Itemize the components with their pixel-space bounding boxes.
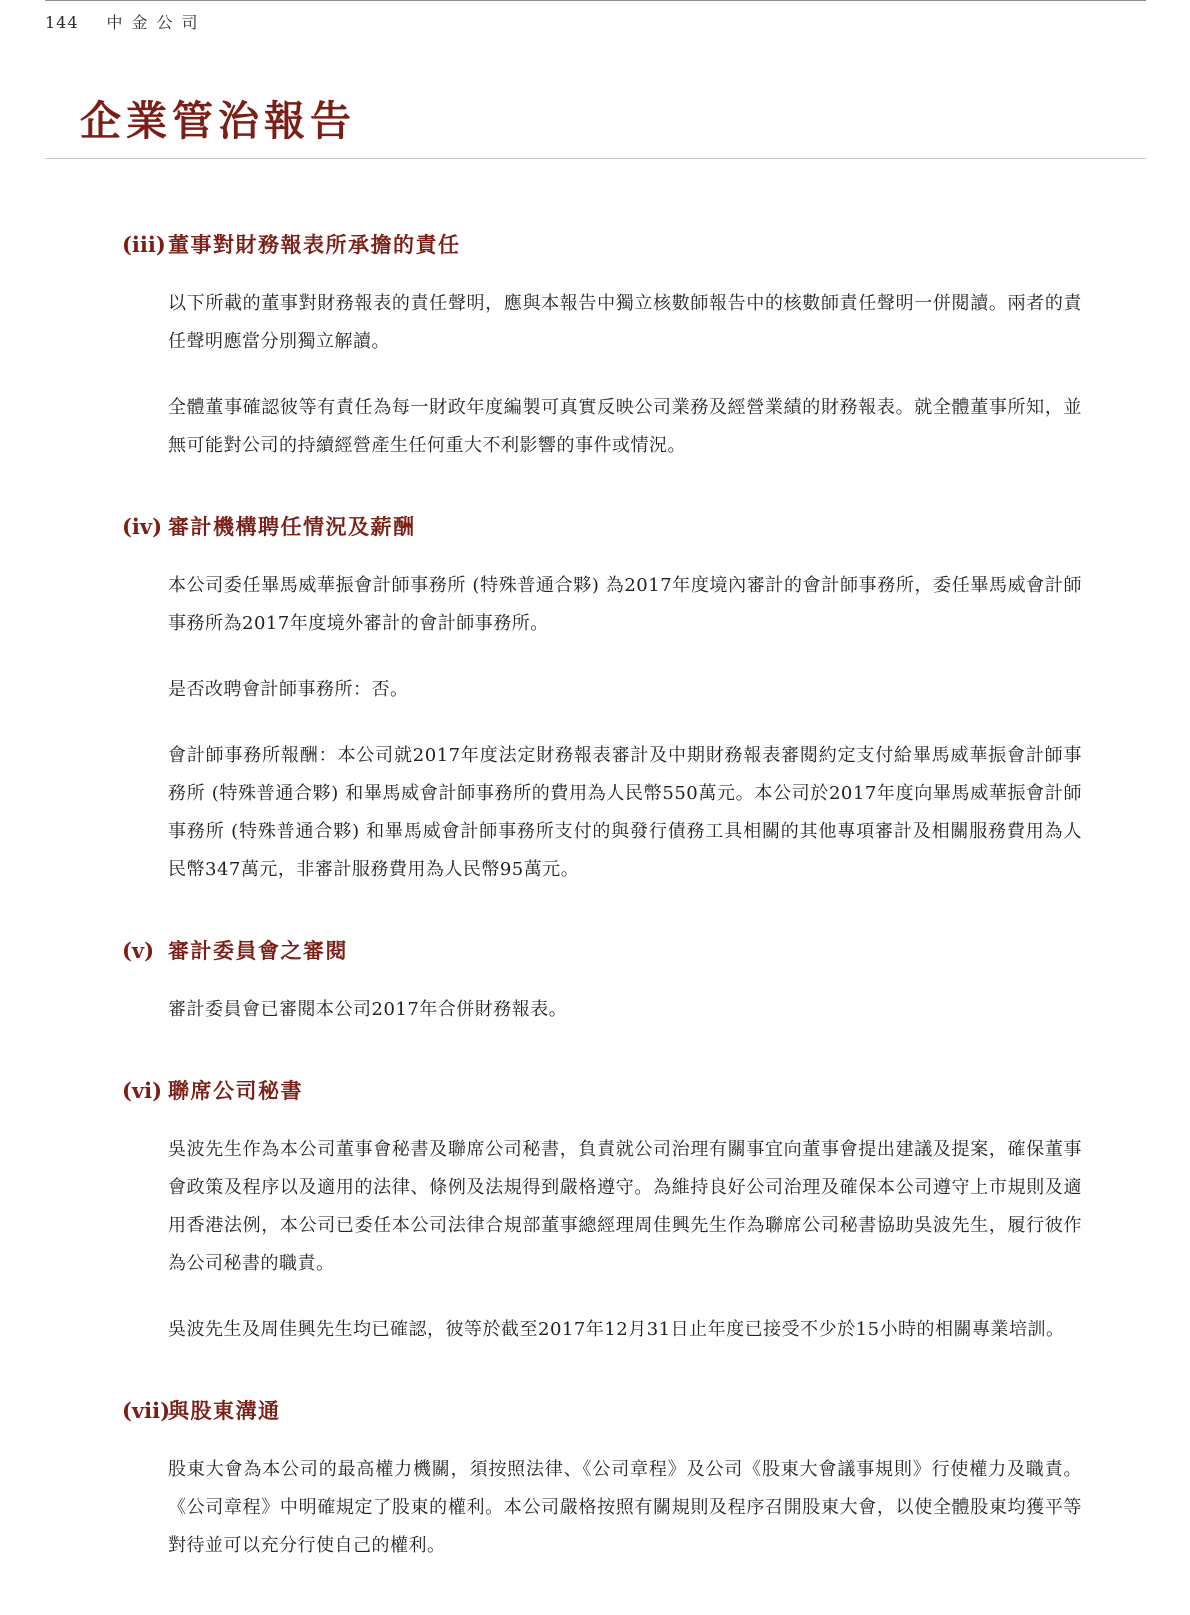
paragraph: 吳波先生及周佳興先生均已確認，彼等於截至2017年12月31日止年度已接受不少於… xyxy=(168,1311,1082,1349)
paragraph: 審計委員會已審閱本公司2017年合併財務報表。 xyxy=(168,991,1082,1029)
paragraph: 會計師事務所報酬：本公司就2017年度法定財務報表審計及中期財務報表審閱約定支付… xyxy=(168,737,1082,889)
section-body: 審計委員會已審閱本公司2017年合併財務報表。 xyxy=(168,991,1082,1029)
section-heading: 董事對財務報表所承擔的責任 xyxy=(168,229,461,259)
section-directors-responsibility: (iii) 董事對財務報表所承擔的責任 以下所載的董事對財務報表的責任聲明，應與… xyxy=(122,229,1082,465)
section-joint-company-secretaries: (vi) 聯席公司秘書 吳波先生作為本公司董事會秘書及聯席公司秘書，負責就公司治… xyxy=(122,1075,1082,1349)
section-heading: 審計委員會之審閱 xyxy=(168,935,348,965)
section-label: (vii) xyxy=(122,1398,168,1423)
section-heading: 與股東溝通 xyxy=(168,1395,281,1425)
section-body: 以下所載的董事對財務報表的責任聲明，應與本報告中獨立核數師報告中的核數師責任聲明… xyxy=(168,285,1082,465)
section-head: (vii) 與股東溝通 xyxy=(122,1395,1082,1425)
section-head: (iii) 董事對財務報表所承擔的責任 xyxy=(122,229,1082,259)
section-communication-with-shareholders: (vii) 與股東溝通 股東大會為本公司的最高權力機關，須按照法律、《公司章程》… xyxy=(122,1395,1082,1565)
paragraph: 本公司委任畢馬威華振會計師事務所 (特殊普通合夥) 為2017年度境內審計的會計… xyxy=(168,567,1082,643)
section-label: (iv) xyxy=(122,514,168,539)
paragraph: 吳波先生作為本公司董事會秘書及聯席公司秘書，負責就公司治理有關事宜向董事會提出建… xyxy=(168,1131,1082,1283)
section-head: (v) 審計委員會之審閱 xyxy=(122,935,1082,965)
paragraph: 全體董事確認彼等有責任為每一財政年度編製可真實反映公司業務及經營業績的財務報表。… xyxy=(168,389,1082,465)
section-body: 股東大會為本公司的最高權力機關，須按照法律、《公司章程》及公司《股東大會議事規則… xyxy=(168,1451,1082,1565)
section-label: (iii) xyxy=(122,232,168,257)
report-page: 144 中金公司 企業管治報告 (iii) 董事對財務報表所承擔的責任 以下所載… xyxy=(0,0,1190,1615)
section-heading: 審計機構聘任情況及薪酬 xyxy=(168,511,416,541)
section-label: (v) xyxy=(122,938,168,963)
section-auditor-engagement: (iv) 審計機構聘任情況及薪酬 本公司委任畢馬威華振會計師事務所 (特殊普通合… xyxy=(122,511,1082,889)
section-body: 吳波先生作為本公司董事會秘書及聯席公司秘書，負責就公司治理有關事宜向董事會提出建… xyxy=(168,1131,1082,1349)
chapter-title: 企業管治報告 xyxy=(80,99,1146,144)
company-name: 中金公司 xyxy=(107,10,207,33)
running-header: 144 中金公司 xyxy=(45,0,1146,33)
section-audit-committee-review: (v) 審計委員會之審閱 審計委員會已審閱本公司2017年合併財務報表。 xyxy=(122,935,1082,1029)
chapter-title-block: 企業管治報告 xyxy=(45,33,1146,159)
section-head: (iv) 審計機構聘任情況及薪酬 xyxy=(122,511,1082,541)
report-content: (iii) 董事對財務報表所承擔的責任 以下所載的董事對財務報表的責任聲明，應與… xyxy=(122,229,1082,1565)
paragraph: 是否改聘會計師事務所：否。 xyxy=(168,671,1082,709)
section-label: (vi) xyxy=(122,1078,168,1103)
section-head: (vi) 聯席公司秘書 xyxy=(122,1075,1082,1105)
paragraph: 股東大會為本公司的最高權力機關，須按照法律、《公司章程》及公司《股東大會議事規則… xyxy=(168,1451,1082,1565)
page-number: 144 xyxy=(45,13,79,32)
section-heading: 聯席公司秘書 xyxy=(168,1075,303,1105)
section-body: 本公司委任畢馬威華振會計師事務所 (特殊普通合夥) 為2017年度境內審計的會計… xyxy=(168,567,1082,889)
paragraph: 以下所載的董事對財務報表的責任聲明，應與本報告中獨立核數師報告中的核數師責任聲明… xyxy=(168,285,1082,361)
